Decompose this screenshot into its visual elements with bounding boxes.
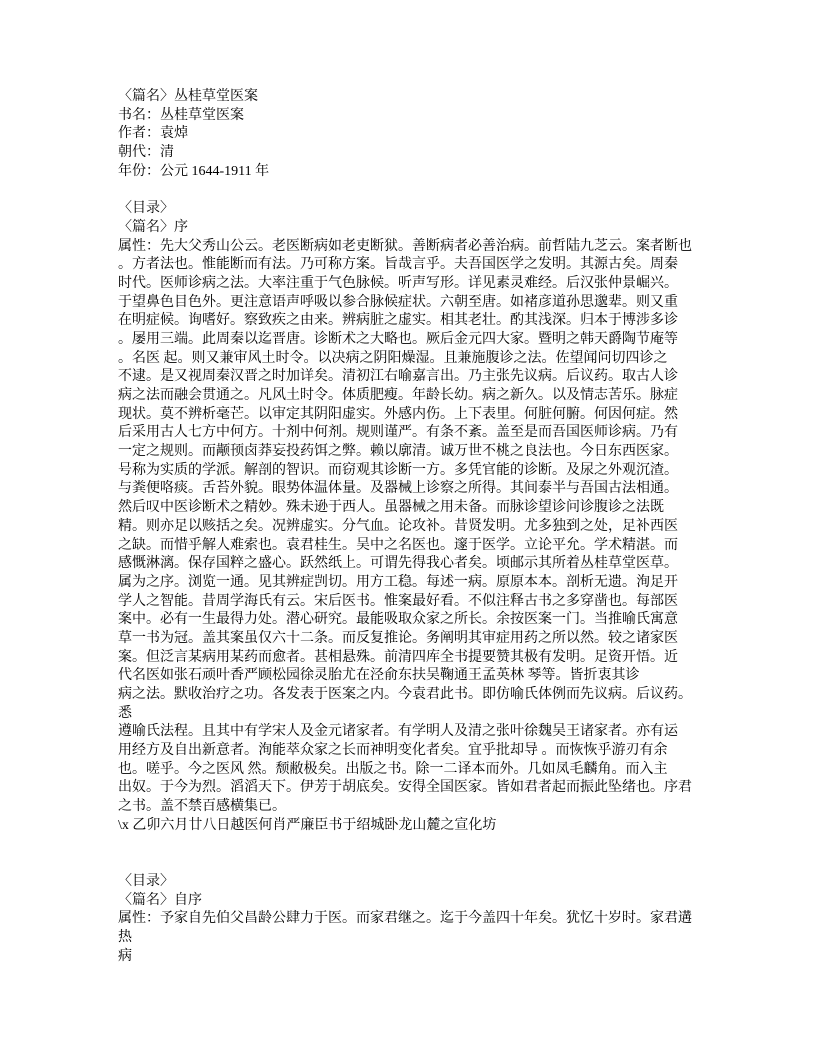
- text-line: 与粪便咯痰。舌苔外貌。眼势体温体量。及器械上诊察之所得。其间泰半与吾国古法相通。: [118, 480, 720, 499]
- self-preface-body: 属性：予家自先伯父昌龄公肆力于医。而家君继之。迄于今盖四十年矣。犹忆十岁时。家君…: [118, 910, 720, 966]
- blank-line: [118, 181, 720, 200]
- toc-tag: 〈目录〉: [118, 200, 720, 219]
- text-line: 之书。盖不禁百感横集已。: [118, 798, 720, 817]
- text-line: 现状。莫不辨析毫芒。以审定其阴阳虚实。外感内伤。上下表里。何脏何腑。何因何症。然: [118, 406, 720, 425]
- text-line: 学人之智能。昔周学海氏有云。宋后医书。惟案最好看。不似注释古书之多穿凿也。每部医: [118, 593, 720, 612]
- text-line: 用经方及自出新意者。洵能萃众家之长而神明变化者矣。宜乎批却导 。而恢恢乎游刃有余: [118, 742, 720, 761]
- text-line: 悉: [118, 705, 720, 724]
- text-line: 属性：予家自先伯父昌龄公肆力于医。而家君继之。迄于今盖四十年矣。犹忆十岁时。家君…: [118, 910, 720, 929]
- text-line: 。屡用三端。此周秦以迄晋唐。诊断术之大略也。厥后金元四大家。暨明之韩天爵陶节庵等: [118, 331, 720, 350]
- text-line: 草一书为冠。盖其案虽仅六十二条。而反复推论。务阐明其审症用药之所以然。较之诸家医: [118, 630, 720, 649]
- toc-tag: 〈目录〉: [118, 873, 720, 892]
- text-line: 出奴。于今为烈。滔滔天下。伊芳于胡底矣。安得全国医家。皆如君者起而振此坠绪也。序…: [118, 779, 720, 798]
- signature-line: \x 乙卯六月廿八日越医何肖严廉臣书于绍城卧龙山麓之宣化坊: [118, 817, 720, 836]
- text-line: 后采用古人七方中何方。十剂中何剂。规则谨严。有条不紊。盖至是而吾国医师诊病。乃有: [118, 424, 720, 443]
- section-title: 〈篇名〉序: [118, 219, 720, 238]
- blank-line: [118, 836, 720, 855]
- text-line: 。名医 起。则又兼审风土时令。以决病之阴阳燥湿。且兼施腹诊之法。佐望闻问切四诊之: [118, 350, 720, 369]
- text-line: 号称为实质的学派。解剖的智识。而窃观其诊断一方。多凭官能的诊断。及尿之外观沉渣。: [118, 462, 720, 481]
- section-title: 〈篇名〉自序: [118, 892, 720, 911]
- text-line: 作者：袁焯: [118, 125, 720, 144]
- text-line: 病之法。默收治疗之功。各发表于医案之内。今袁君此书。即仿喻氏体例而先议病。后议药…: [118, 686, 720, 705]
- text-line: 书名：丛桂草堂医案: [118, 107, 720, 126]
- text-line: 于望鼻色目色外。更注意语声呼吸以参合脉候症状。六朝至唐。如褚彦道孙思邈辈。则又重: [118, 294, 720, 313]
- book-info-block: 〈篇名〉丛桂草堂医案书名：丛桂草堂医案作者：袁焯朝代：清年份：公元 1644-1…: [118, 88, 720, 181]
- document-page: 〈篇名〉丛桂草堂医案书名：丛桂草堂医案作者：袁焯朝代：清年份：公元 1644-1…: [118, 88, 720, 966]
- preface-section: 〈目录〉 〈篇名〉序 属性：先大父秀山公云。老医断病如老吏断狱。善断病者必善治病…: [118, 200, 720, 835]
- text-line: 病: [118, 948, 720, 967]
- text-line: 年份：公元 1644-1911 年: [118, 163, 720, 182]
- text-line: 不逮。是又视周秦汉晋之时加详矣。清初江右喻嘉言出。乃主张先议病。后议药。取古人诊: [118, 368, 720, 387]
- self-preface-section: 〈目录〉 〈篇名〉自序 属性：予家自先伯父昌龄公肆力于医。而家君继之。迄于今盖四…: [118, 873, 720, 966]
- text-line: 在明症候。询嗜好。察致疾之由来。辨病脏之虚实。相其老壮。酌其浅深。归本于博涉多诊: [118, 312, 720, 331]
- text-line: 精。则亦足以赅括之矣。况辨虚实。分气血。论攻补。昔贤发明。尤多独到之处，足补西医: [118, 518, 720, 537]
- text-line: 病之法而融会贯通之。凡风土时令。体质肥瘦。年龄长幼。病之新久。以及情志苦乐。脉症: [118, 387, 720, 406]
- text-line: 一定之规则。而颟顸卤莽妄投药饵之弊。赖以廓清。诚万世不桃之良法也。今日东西医家。: [118, 443, 720, 462]
- text-line: 朝代：清: [118, 144, 720, 163]
- text-line: 热: [118, 929, 720, 948]
- text-line: 感慨淋漓。保存国粹之盛心。跃然纸上。可谓先得我心者矣。顷邮示其所着丛桂草堂医草。: [118, 555, 720, 574]
- text-line: 遵喻氏法程。且其中有学宋人及金元诸家者。有学明人及清之张叶徐魏吴王诸家者。亦有运: [118, 723, 720, 742]
- text-line: 。方者法也。惟能断而有法。乃可称方案。旨哉言乎。夫吾国医学之发明。其源古矣。周秦: [118, 256, 720, 275]
- blank-line: [118, 854, 720, 873]
- text-line: 属为之序。浏览一通。见其辨症剀切。用方工稳。每述一病。原原本本。剖析无遗。洵足开: [118, 574, 720, 593]
- text-line: 案中。必有一生最得力处。潜心研究。最能吸取众家之所长。余按医案一门。当推喻氏寓意: [118, 611, 720, 630]
- text-line: 然后叹中医诊断术之精妙。殊未逊于西人。虽器械之用未备。而脉诊望诊问诊腹诊之法既: [118, 499, 720, 518]
- preface-body: 属性：先大父秀山公云。老医断病如老吏断狱。善断病者必善治病。前哲陆九芝云。案者断…: [118, 238, 720, 817]
- text-line: 属性：先大父秀山公云。老医断病如老吏断狱。善断病者必善治病。前哲陆九芝云。案者断…: [118, 238, 720, 257]
- text-line: 案。但泛言某病用某药而愈者。甚相悬殊。前清四库全书提要赞其极有发明。足资开悟。近: [118, 649, 720, 668]
- text-line: 代名医如张石顽叶香严顾松园徐灵胎尤在泾俞东扶吴鞠通王孟英林 琴等。皆折衷其诊: [118, 667, 720, 686]
- text-line: 也。嗟乎。今之医风 然。颓敝极矣。出版之书。除一二译本而外。几如凤毛麟角。而入主: [118, 761, 720, 780]
- text-line: 〈篇名〉丛桂草堂医案: [118, 88, 720, 107]
- text-line: 之缺。而惜乎解人难索也。袁君桂生。吴中之名医也。邃于医学。立论平允。学术精湛。而: [118, 537, 720, 556]
- text-line: 时代。医师诊病之法。大率注重于气色脉候。听声写形。详见素灵难经。后汉张仲景崛兴。: [118, 275, 720, 294]
